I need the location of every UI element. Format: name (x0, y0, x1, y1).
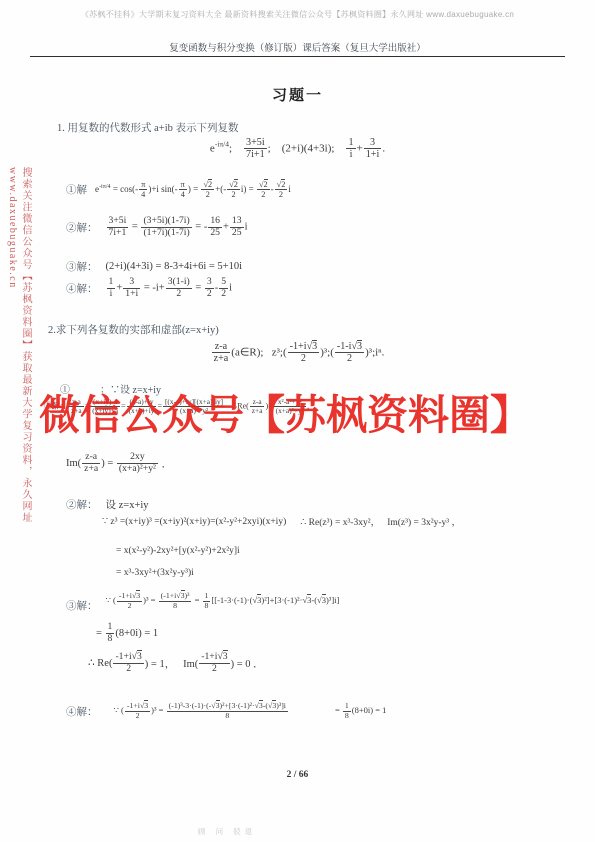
watermark-banner: 微信公众号【苏枫资料圈】 (39, 382, 531, 441)
solution-label: ①解 (66, 182, 87, 197)
solution-label: ③解： (66, 598, 98, 613)
solution-math: = 18(8+0i) = 1 (335, 702, 386, 721)
problem1-statement: 1. 用复数的代数形式 a+ib 表示下列复数 (57, 120, 239, 135)
solution-math: ∵ (-1+i√32)³ = (-1)³-3·(-1)·(-√3)²+[3·(-… (114, 702, 289, 721)
problem1-solution2: ②解： 3+5i7i+1 = (3+5i)(1-7i)(1+7i)(1-7i) … (66, 216, 248, 239)
watermark-side-vertical: 搜索关注微信公众号【苏枫资料圈】获取最新大学复习资料，永久网址 www.daxu… (7, 167, 33, 637)
problem2-solution4-line1: ④解： ∵ (-1+i√32)³ = (-1)³-3·(-1)·(-√3)²+[… (66, 702, 386, 721)
problem2-solution3-line3: ∴ Re(-1+i√32) = 1， Im(-1+i√32) = 0 ． (88, 652, 264, 675)
problem1-solution4: ④解： 1i+31+i = -i+3(1-i)2 = 32-52i (66, 277, 232, 300)
problem2-expressions: z-az+a(a∈R); z³;(-1+i√32)³;(-1-i√32)³;iⁿ… (0, 341, 595, 365)
solution-math: ∵ (-1+i√32)³ = (-1+i√3)³8 = 18[[-1-3·(-1… (106, 592, 340, 611)
problem1-expressions: e-iπ/4; 3+5i7i+1; (2+i)(4+3i); 1i+31+i. (0, 137, 595, 161)
problem2-solution2-line2: = x(x²-y²)-2xy²+[y(x²-y²)+2x²y]i (116, 546, 240, 556)
problem2-solution3-line1: ③解： ∵ (-1+i√32)³ = (-1+i√3)³8 = 18[[-1-3… (66, 592, 339, 613)
footer-note: 顾 问 驳退 (198, 826, 256, 837)
problem2-solution1-line2: Im(z-az+a) = 2xy(x+a)²+y² ． (66, 452, 172, 475)
problem2-solution3-line2: = 18(8+0i) = 1 (96, 622, 158, 645)
document-title-header: 复变函数与积分变换（修订版）课后答案（复旦大学出版社） (0, 40, 595, 54)
solution-math: ∵ z³ =(x+iy)³ =(x+iy)²(x+iy)=(x²-y²+2xyi… (102, 516, 286, 527)
solution-label: ②解： (66, 497, 98, 512)
solution-math: ∴ Re(z³) = x³-3xy²， Im(z³) = 3x²y-y³ ， (300, 514, 461, 528)
section-title: 习题一 (0, 84, 595, 105)
problem1-solution3: ③解： (2+i)(4+3i) = 8-3+4i+6i = 5+10i (66, 259, 242, 274)
solution-label: ②解： (66, 220, 98, 235)
solution-label: ④解： (66, 704, 98, 719)
header-promo-text: 《苏枫不挂科》大学期末复习资料大全 最新资料搜索关注微信公众号【苏枫资料圈】永久… (0, 9, 595, 20)
solution-math: (2+i)(4+3i) = 8-3+4i+6i = 5+10i (106, 261, 243, 272)
problem1-solution1: ①解 e-iπ/4 = cos(-π4)+i sin(-π4) = √22+(-… (66, 180, 291, 200)
solution-math: e-iπ/4 = cos(-π4)+i sin(-π4) = √22+(-√22… (95, 180, 291, 200)
page-number: 2 / 66 (0, 770, 595, 780)
header-divider (30, 56, 565, 57)
solution-math: 3+5i7i+1 = (3+5i)(1-7i)(1+7i)(1-7i) = -1… (106, 216, 248, 239)
solution-label: ③解： (66, 259, 98, 274)
document-page: 《苏枫不挂科》大学期末复习资料大全 最新资料搜索关注微信公众号【苏枫资料圈】永久… (0, 0, 595, 842)
problem2-solution2-line1: ∵ z³ =(x+iy)³ =(x+iy)²(x+iy)=(x²-y²+2xyi… (102, 514, 461, 528)
problem2-solution2-setup: ②解： 设 z=x+iy (66, 497, 149, 512)
solution-setup-text: 设 z=x+iy (106, 497, 149, 512)
problem2-solution2-line3: = x³-3xy²+(3x²y-y³)i (116, 568, 194, 578)
solution-label: ④解： (66, 281, 98, 296)
solution-math: 1i+31+i = -i+3(1-i)2 = 32-52i (106, 277, 232, 300)
problem2-statement: 2.求下列各复数的实部和虚部(z=x+iy) (48, 322, 219, 337)
